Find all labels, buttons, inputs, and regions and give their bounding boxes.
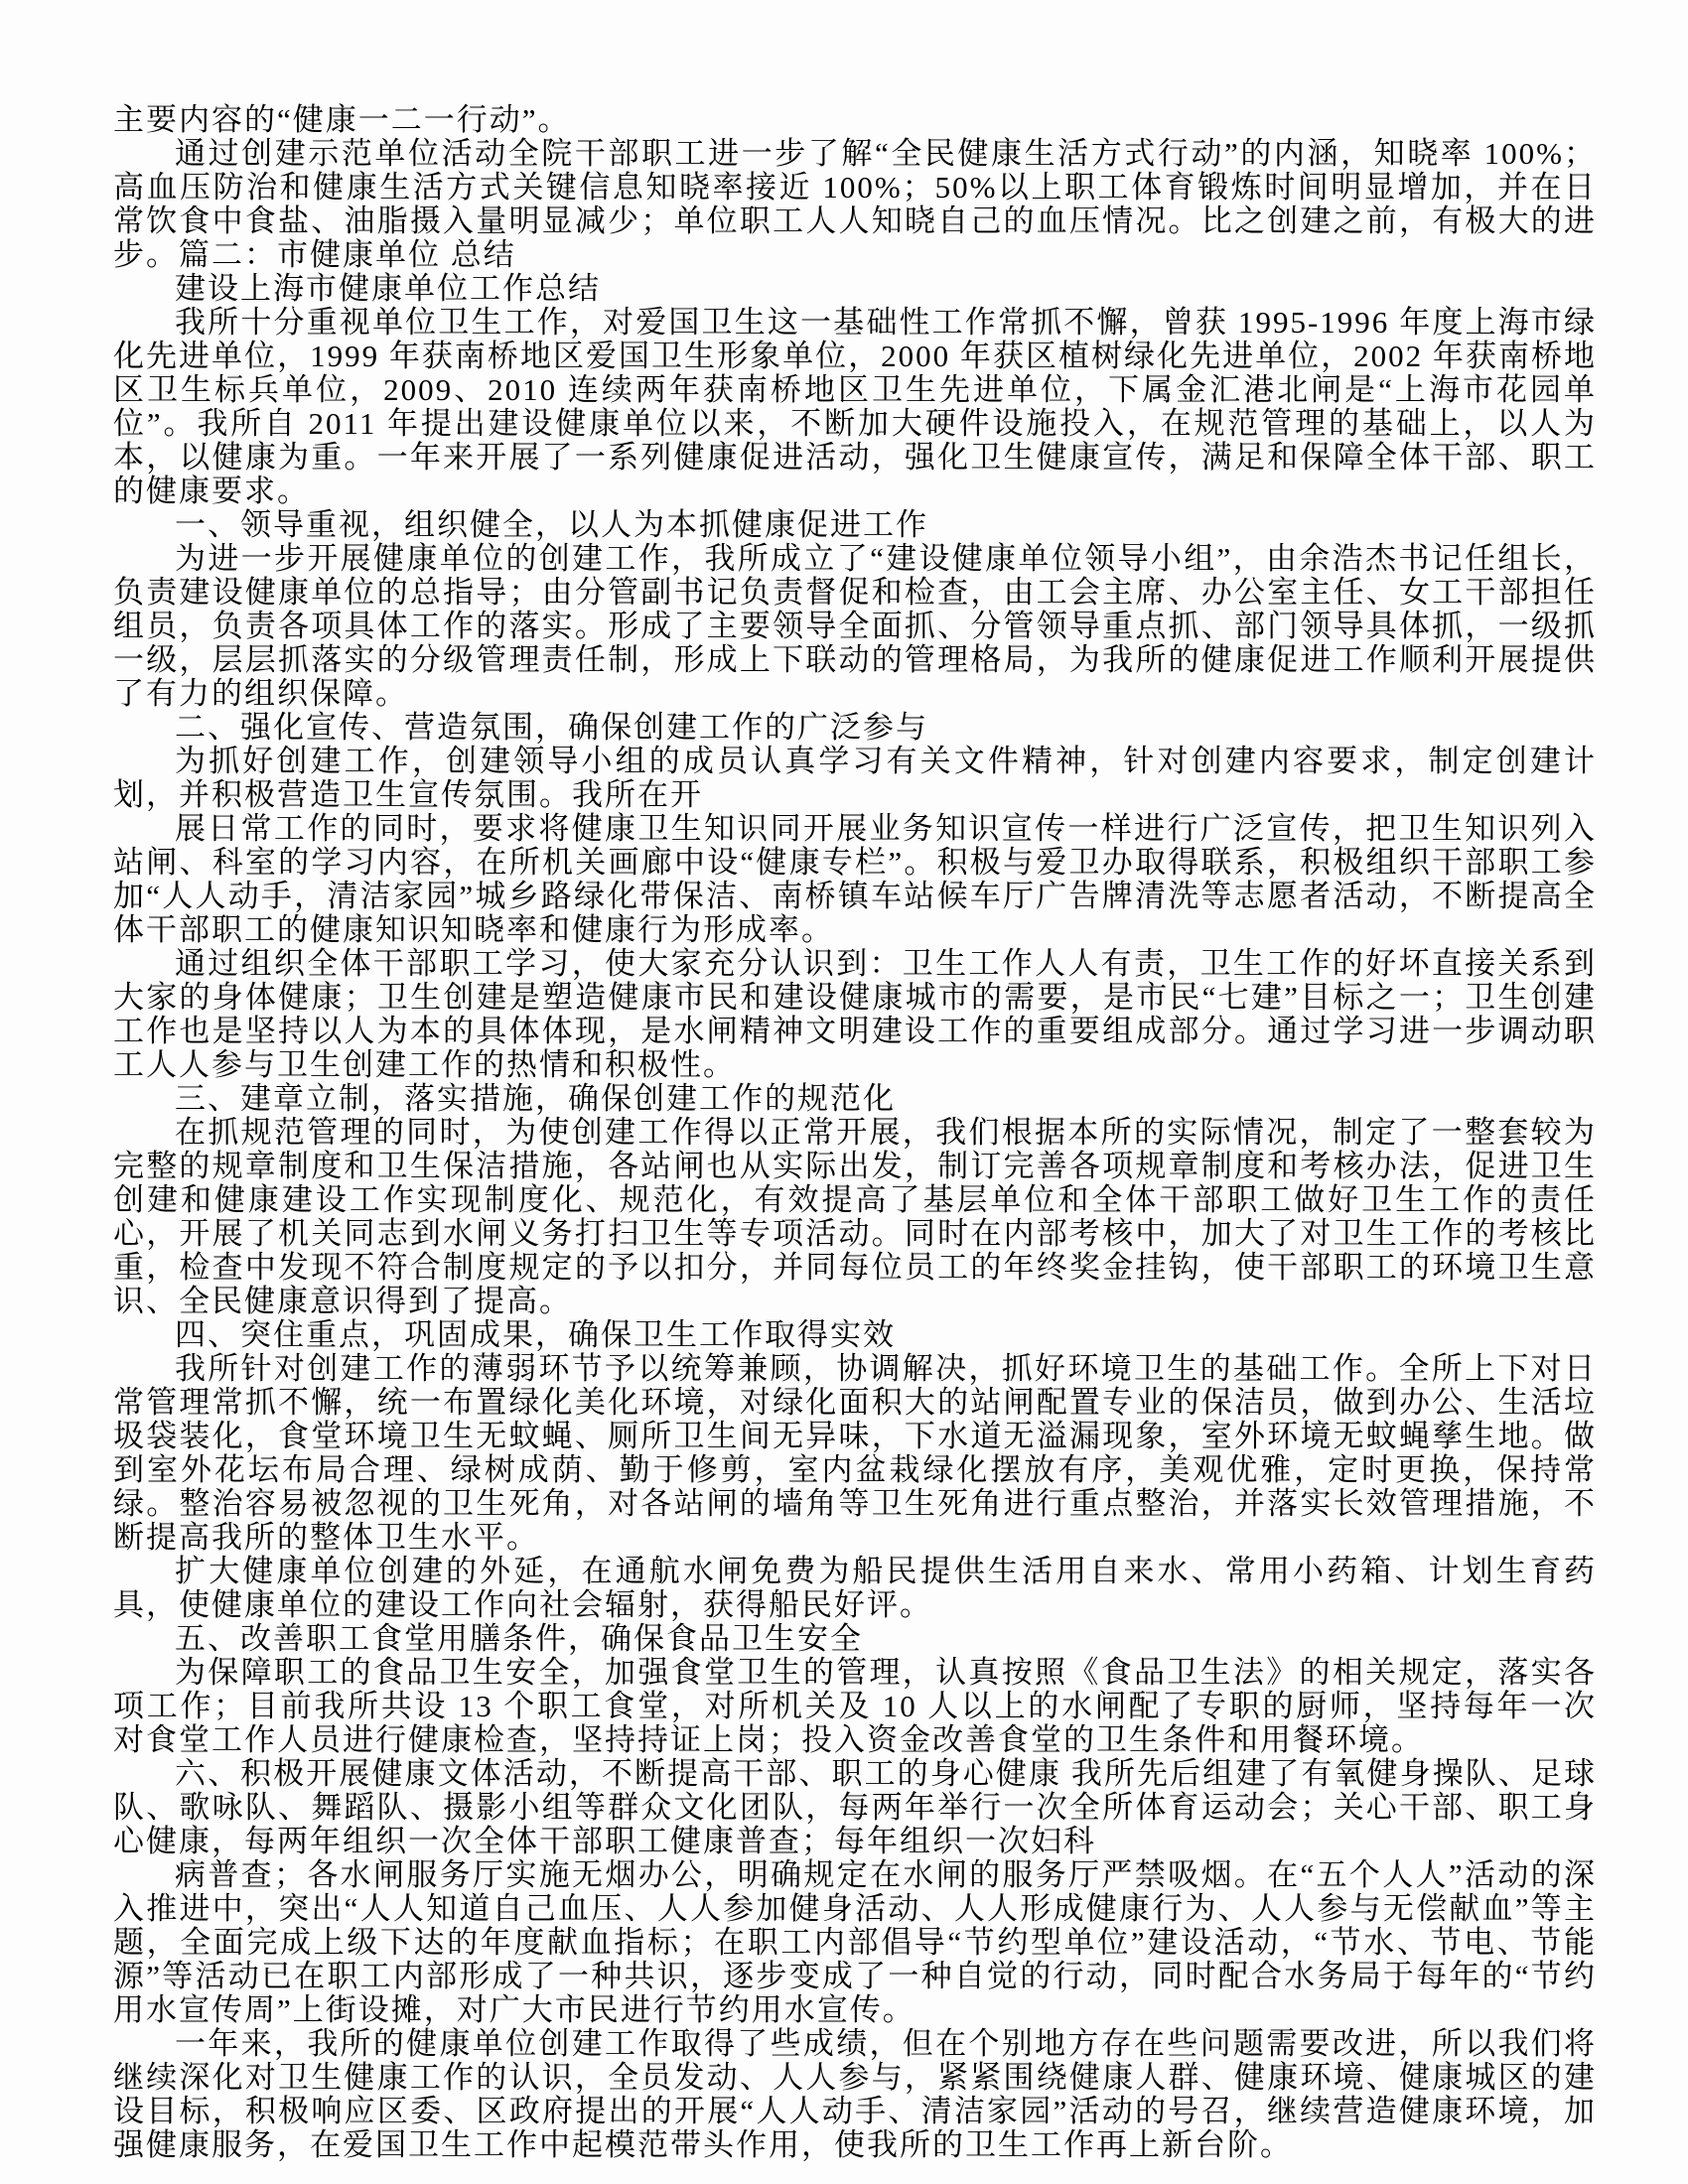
section-heading-4: 四、突住重点，巩固成果，确保卫生工作取得实效 xyxy=(113,1318,1597,1352)
paragraph: 通过组织全体干部职工学习，使大家充分认识到：卫生工作人人有责，卫生工作的好坏直接… xyxy=(113,947,1597,1082)
paragraph: 病普查；各水闸服务厅实施无烟办公，明确规定在水闸的服务厅严禁吸烟。在“五个人人”… xyxy=(113,1858,1597,2027)
section-heading-2: 二、强化宣传、营造氛围，确保创建工作的广泛参与 xyxy=(113,711,1597,745)
paragraph: 主要内容的“健康一二一行动”。 xyxy=(113,103,1597,137)
paragraph: 一年来，我所的健康单位创建工作取得了些成绩，但在个别地方存在些问题需要改进，所以… xyxy=(113,2027,1597,2162)
section-heading-5: 五、改善职工食堂用膳条件，确保食品卫生安全 xyxy=(113,1622,1597,1656)
paragraph: 扩大健康单位创建的外延，在通航水闸免费为船民提供生活用自来水、常用小药箱、计划生… xyxy=(113,1555,1597,1622)
section-heading-1: 一、领导重视，组织健全，以人为本抓健康促进工作 xyxy=(113,508,1597,542)
document-title: 建设上海市健康单位工作总结 xyxy=(113,272,1597,306)
paragraph: 为进一步开展健康单位的创建工作，我所成立了“建设健康单位领导小组”，由余浩杰书记… xyxy=(113,542,1597,711)
paragraph: 我所针对创建工作的薄弱环节予以统筹兼顾，协调解决，抓好环境卫生的基础工作。全所上… xyxy=(113,1352,1597,1555)
section-heading-6: 六、积极开展健康文体活动，不断提高干部、职工的身心健康 我所先后组建了有氧健身操… xyxy=(113,1757,1597,1858)
paragraph: 通过创建示范单位活动全院干部职工进一步了解“全民健康生活方式行动”的内涵，知晓率… xyxy=(113,137,1597,272)
paragraph: 为抓好创建工作，创建领导小组的成员认真学习有关文件精神，针对创建内容要求，制定创… xyxy=(113,745,1597,812)
paragraph: 我所十分重视单位卫生工作，对爱国卫生这一基础性工作常抓不懈，曾获 1995-19… xyxy=(113,306,1597,508)
document-page: 主要内容的“健康一二一行动”。 通过创建示范单位活动全院干部职工进一步了解“全民… xyxy=(0,0,1688,2184)
paragraph: 展日常工作的同时，要求将健康卫生知识同开展业务知识宣传一样进行广泛宣传，把卫生知… xyxy=(113,812,1597,947)
paragraph: 在抓规范管理的同时，为使创建工作得以正常开展，我们根据本所的实际情况，制定了一整… xyxy=(113,1116,1597,1318)
section-heading-3: 三、建章立制，落实措施，确保创建工作的规范化 xyxy=(113,1082,1597,1116)
paragraph: 为保障职工的食品卫生安全，加强食堂卫生的管理，认真按照《食品卫生法》的相关规定，… xyxy=(113,1656,1597,1757)
